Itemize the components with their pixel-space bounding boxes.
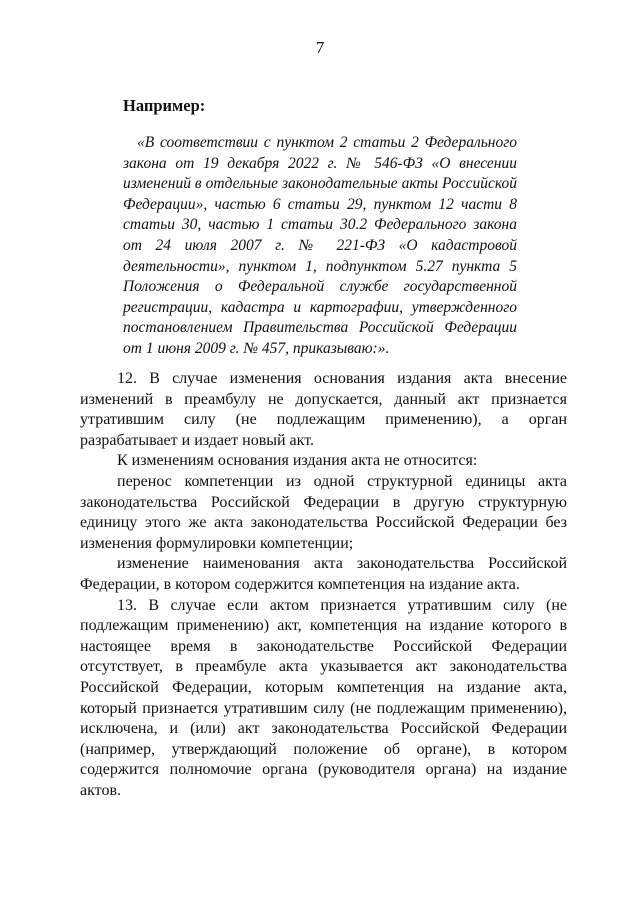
paragraph-13: 13. В случае если актом признается утрат… <box>80 596 567 802</box>
body-text: 12. В случае изменения основания издания… <box>80 369 567 801</box>
paragraph-12: 12. В случае изменения основания издания… <box>80 369 567 451</box>
paragraph-exception-rename: изменение наименования акта законодатель… <box>80 554 567 595</box>
example-quote: «В соответствии с пунктом 2 статьи 2 Фед… <box>123 133 517 360</box>
example-heading: Например: <box>123 96 205 116</box>
paragraph-exceptions-intro: К изменениям основания издания акта не о… <box>80 451 567 472</box>
paragraph-exception-transfer: перенос компетенции из одной структурной… <box>80 472 567 554</box>
example-quote-text: «В соответствии с пунктом 2 статьи 2 Фед… <box>123 133 517 360</box>
page-number: 7 <box>0 38 640 58</box>
